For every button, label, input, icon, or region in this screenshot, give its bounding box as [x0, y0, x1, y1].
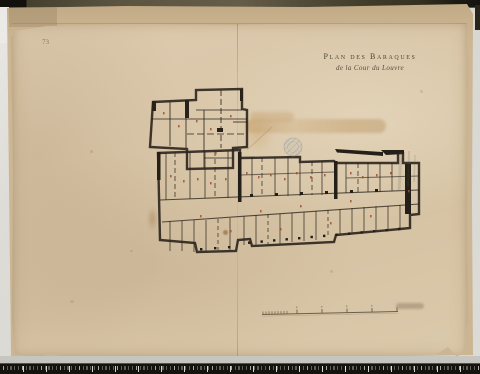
album-edge-sliver [475, 5, 480, 30]
photo-ruler [0, 363, 480, 374]
page-number-annotation: 73 [42, 38, 49, 46]
sheet-top-edge [12, 23, 467, 24]
ruler-major-ticks [1, 366, 480, 372]
title-block: Plan des Baraques de la Cour du Louvre [308, 52, 432, 72]
photographed-archival-plan: Plan des Baraques de la Cour du Louvre 7… [0, 0, 480, 374]
plan-title: Plan des Baraques [308, 52, 432, 61]
sheet-fold-line [237, 24, 238, 358]
plan-subtitle: de la Cour du Louvre [308, 64, 432, 72]
